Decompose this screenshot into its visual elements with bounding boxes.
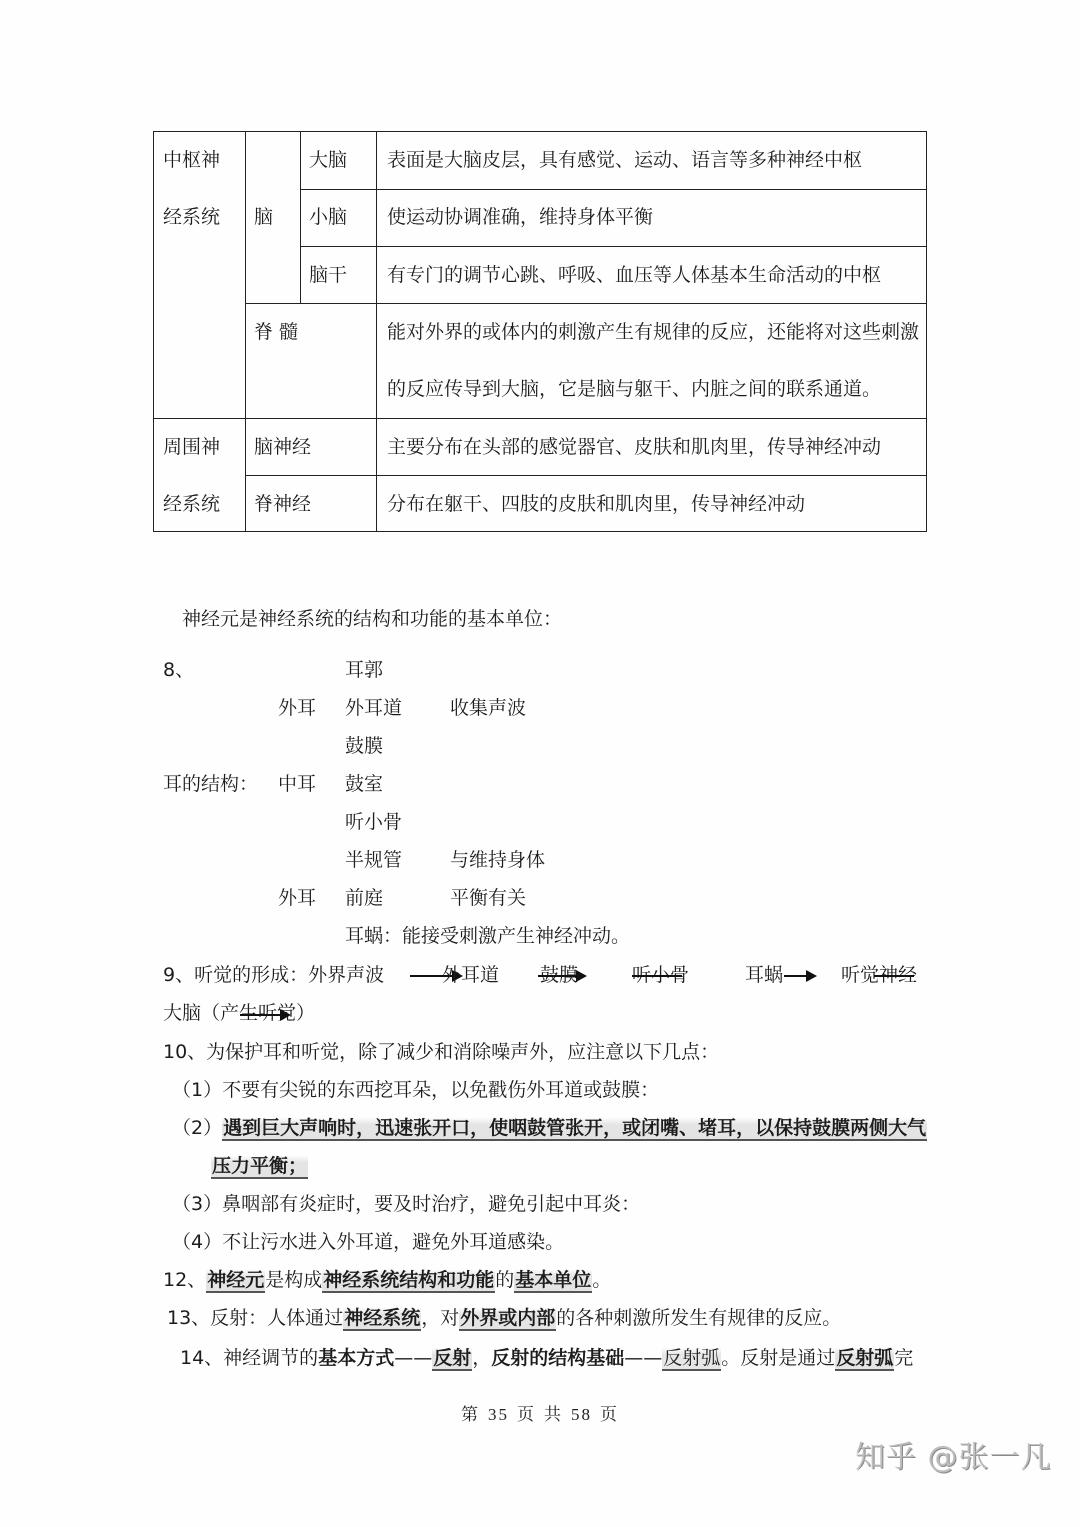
current-page: 35 [488, 1405, 509, 1424]
spinal-cord-name: 脊 髓 [254, 321, 298, 343]
hearing-step: 耳蜗 [745, 963, 783, 987]
table-divider [300, 131, 301, 303]
ear-part: 耳蜗：能接受刺激产生神经冲动。 [345, 924, 630, 948]
protect-item: （2）遇到巨大声响时，迅速张开口，使咽鼓管张开，或闭嘴、堵耳，以保持鼓膜两侧大气 [172, 1116, 927, 1140]
highlighted-text: 反射弧 [835, 1347, 894, 1371]
point-number: 13、反射：人体通过 [167, 1307, 343, 1329]
table-border-right [926, 131, 927, 532]
pns-label: 周围神 [163, 436, 220, 458]
hearing-result-text: ） [296, 1002, 315, 1024]
highlighted-text: 反射弧 [662, 1347, 721, 1371]
arrow-icon [576, 970, 587, 982]
spinal-cord-desc: 能对外界的或体内的刺激产生有规律的反应，还能将对这些刺激 [387, 321, 919, 343]
table-border-top [153, 131, 927, 132]
hearing-prefix: 9、听觉的形成：外界声波 [163, 963, 384, 987]
footer-text: 页 [600, 1405, 619, 1424]
brain-part-desc: 表面是大脑皮层，具有感觉、运动、语言等多种神经中枢 [387, 149, 862, 171]
bold-text: 反射的结构基础 [491, 1347, 624, 1369]
text: 。反射是通过 [721, 1347, 835, 1369]
table-divider [376, 131, 377, 532]
brain-label: 脑 [254, 206, 273, 228]
hearing-step: 外耳道 [442, 963, 499, 987]
spinal-cord-desc: 的反应传导到大脑，它是脑与躯干、内脏之间的联系通道。 [387, 378, 881, 400]
brain-part-desc: 有专门的调节心跳、呼吸、血压等人体基本生命活动的中枢 [387, 264, 881, 286]
footer-text: 共 [544, 1405, 563, 1424]
item-number: （3） [172, 1193, 222, 1215]
ear-part: 半规管 [345, 848, 402, 872]
protect-intro: 10、为保护耳和听觉，除了减少和消除噪声外，应注意以下几点： [163, 1040, 719, 1064]
brain-part-name: 小脑 [309, 206, 347, 228]
ear-part: 听小骨 [345, 810, 402, 834]
text: —— [624, 1347, 662, 1369]
point-14: 14、神经调节的基本方式——反射，反射的结构基础——反射弧。反射是通过反射弧完 [180, 1346, 913, 1370]
table-divider [245, 303, 927, 304]
highlighted-text: 外界或内部 [459, 1307, 556, 1331]
table-divider [300, 189, 927, 190]
table-divider [300, 246, 927, 247]
pns-part-name: 脑神经 [254, 436, 311, 458]
text: ，对 [421, 1307, 459, 1329]
item-text: 不要有尖锐的东西挖耳朵，以免戳伤外耳道或鼓膜： [222, 1079, 659, 1101]
ear-part: 鼓膜 [345, 734, 383, 758]
nervous-system-table: 中枢神 经系统 脑 大脑 表面是大脑皮层，具有感觉、运动、语言等多种神经中枢 小… [153, 131, 927, 532]
protect-item-continued: 压力平衡； [211, 1154, 308, 1178]
arrow-icon [538, 975, 578, 977]
item-text: 不让污水进入外耳道，避免外耳道感染。 [222, 1231, 564, 1253]
pns-part-desc: 分布在躯干、四肢的皮肤和肌肉里，传导神经冲动 [387, 493, 805, 515]
neuron-note: 神经元是神经系统的结构和功能的基本单位： [182, 607, 562, 631]
text: 完 [894, 1347, 913, 1369]
item-text: 鼻咽部有炎症时，要及时治疗，避免引起中耳炎： [222, 1193, 640, 1215]
ear-part: 外耳道 [345, 696, 402, 720]
point-number: 12、 [163, 1269, 206, 1291]
page-footer: 第35页共58页 [0, 1400, 1080, 1425]
outer-ear-label: 外耳 [278, 696, 316, 720]
ear-part: 前庭 [345, 886, 383, 910]
point-12: 12、神经元是构成神经系统结构和功能的基本单位。 [163, 1268, 611, 1292]
text: 。 [592, 1269, 611, 1291]
arrow-icon [632, 975, 682, 977]
zhihu-watermark: 知乎 @张一凡 [855, 1432, 1052, 1476]
ear-function: 与维持身体 [450, 848, 545, 872]
footer-text: 第 [461, 1405, 480, 1424]
table-divider [153, 418, 927, 419]
text: 的 [495, 1269, 514, 1291]
highlighted-text: 神经元 [206, 1269, 265, 1293]
highlighted-text: 压力平衡； [211, 1155, 308, 1179]
ear-part: 鼓室 [345, 772, 383, 796]
bold-text: 基本方式 [318, 1347, 394, 1369]
highlighted-text: 基本单位 [514, 1269, 592, 1293]
inner-ear-label: 外耳 [278, 886, 316, 910]
ear-part: 耳郭 [345, 658, 383, 682]
item-number: （4） [172, 1231, 222, 1253]
table-divider [245, 475, 927, 476]
table-border-left [153, 131, 154, 532]
highlighted-text: 神经系统 [343, 1307, 421, 1331]
text: 的各种刺激所发生有规律的反应。 [556, 1307, 841, 1329]
point-13: 13、反射：人体通过神经系统，对外界或内部的各种刺激所发生有规律的反应。 [167, 1306, 841, 1330]
total-pages: 58 [571, 1405, 592, 1424]
brain-part-desc: 使运动协调准确，维持身体平衡 [387, 206, 653, 228]
arrow-icon [874, 975, 914, 977]
middle-ear-label: 中耳 [278, 772, 316, 796]
cns-label: 中枢神 [163, 149, 220, 171]
ear-structure-title: 耳的结构： [163, 772, 258, 796]
brain-part-name: 脑干 [309, 264, 347, 286]
text: 是构成 [265, 1269, 322, 1291]
arrow-icon [240, 1014, 280, 1016]
arrow-icon [280, 1009, 291, 1021]
text: ， [472, 1347, 491, 1369]
pns-part-name: 脊神经 [254, 493, 311, 515]
table-divider [245, 131, 246, 532]
hearing-result: 大脑（产生听觉） [163, 1001, 315, 1025]
protect-item: （1）不要有尖锐的东西挖耳朵，以免戳伤外耳道或鼓膜： [172, 1078, 659, 1102]
ear-function: 平衡有关 [450, 886, 526, 910]
hearing-result-text: 大脑（产生 [163, 1002, 258, 1024]
item-number: （1） [172, 1079, 222, 1101]
document-page: 中枢神 经系统 脑 大脑 表面是大脑皮层，具有感觉、运动、语言等多种神经中枢 小… [0, 0, 1080, 1527]
cns-label: 经系统 [163, 206, 220, 228]
highlighted-text: 反射 [432, 1347, 472, 1371]
section-number: 8、 [163, 658, 194, 682]
arrow-icon [806, 970, 817, 982]
table-border-bottom [153, 531, 927, 532]
protect-item: （3）鼻咽部有炎症时，要及时治疗，避免引起中耳炎： [172, 1192, 640, 1216]
pns-label: 经系统 [163, 493, 220, 515]
brain-part-name: 大脑 [309, 149, 347, 171]
footer-text: 页 [517, 1405, 536, 1424]
highlighted-text: 神经系统结构和功能 [322, 1269, 495, 1293]
pns-part-desc: 主要分布在头部的感觉器官、皮肤和肌肉里，传导神经冲动 [387, 436, 881, 458]
arrow-icon [784, 975, 808, 977]
highlighted-text: 遇到巨大声响时，迅速张开口，使咽鼓管张开，或闭嘴、堵耳，以保持鼓膜两侧大气 [222, 1117, 927, 1141]
protect-item: （4）不让污水进入外耳道，避免外耳道感染。 [172, 1230, 564, 1254]
point-number: 14、神经调节的 [180, 1347, 318, 1369]
text: —— [394, 1347, 432, 1369]
ear-function: 收集声波 [450, 696, 526, 720]
item-number: （2） [172, 1117, 222, 1139]
